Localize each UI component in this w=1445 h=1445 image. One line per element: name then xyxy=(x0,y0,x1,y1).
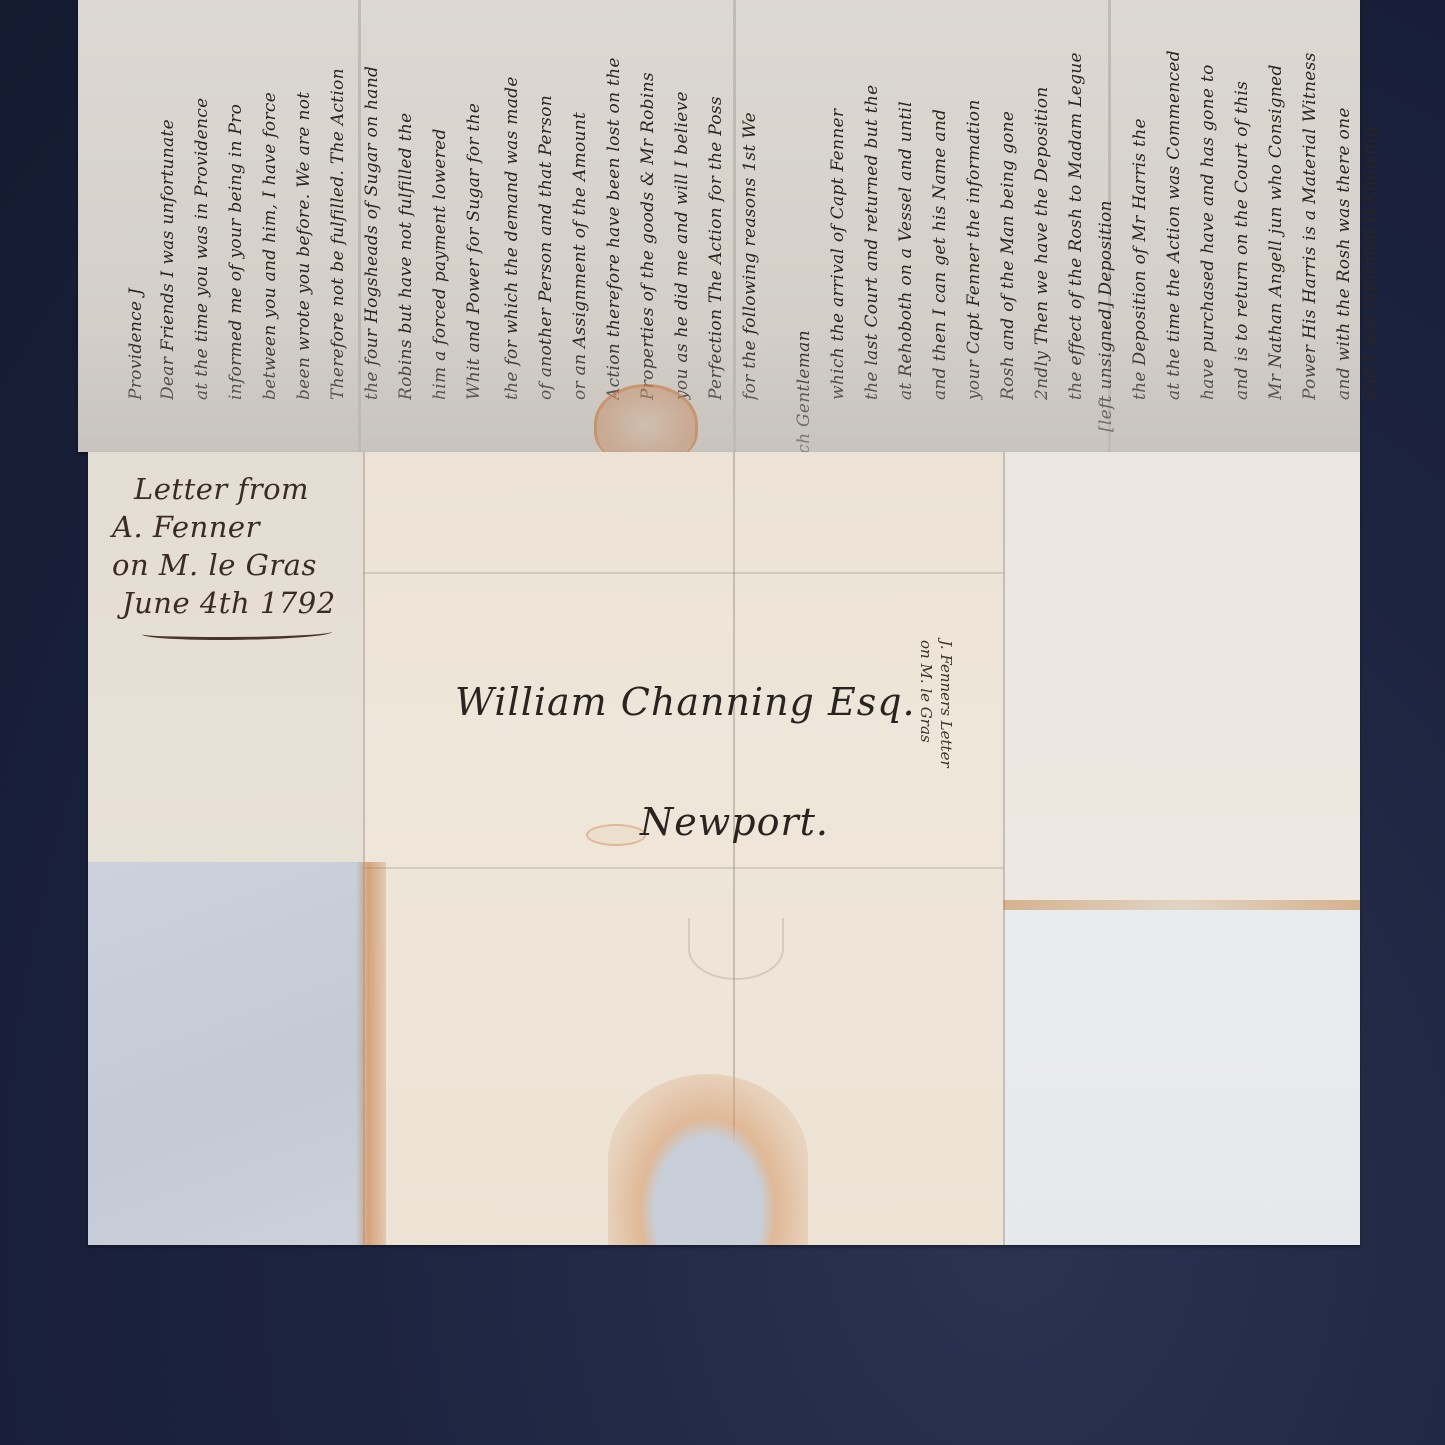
body-line: the for which the demand was made xyxy=(502,8,522,400)
docket-line: June 4th 1792 xyxy=(112,584,357,622)
body-line: of another Person and that Person xyxy=(536,8,556,400)
body-line: have purchased have and has gone to xyxy=(1198,8,1218,400)
left-lower-panel-tissue xyxy=(88,862,363,1245)
body-line: 2ndly Then we have the Deposition xyxy=(1032,8,1052,400)
body-line: the effect of the Rosh to Madam Legue xyxy=(1066,8,1086,400)
body-line: at Rehoboth on a Vessel and until xyxy=(896,8,916,400)
body-line: [left unsigned] Deposition xyxy=(1096,40,1116,432)
docket-flourish xyxy=(142,626,332,640)
docket-line: Letter from xyxy=(112,470,357,508)
body-line: Power His Harris is a Material Witness xyxy=(1300,8,1320,400)
right-panel xyxy=(1003,452,1360,902)
body-line: the last Court and returned but the xyxy=(862,8,882,400)
letter-body-text: Providence J Dear Friends I was unfortun… xyxy=(98,0,1360,400)
right-lower-panel xyxy=(1003,902,1360,1245)
docket-note: Letter from A. Fenner on M. le Gras June… xyxy=(112,470,357,650)
seal-impression xyxy=(688,918,784,980)
body-line: Action therefore have been lost on the xyxy=(604,8,624,400)
body-line: Whit and Power for Sugar for the xyxy=(464,8,484,400)
body-line: Perfection The Action for the Poss xyxy=(706,8,726,400)
water-stain xyxy=(608,1074,808,1245)
body-line: for the following reasons 1st We xyxy=(740,8,760,400)
fold-crease xyxy=(1003,452,1005,1245)
body-line: and I was informed is knowing xyxy=(1360,8,1380,400)
body-line: between you and him, I have force xyxy=(260,8,280,400)
body-line: Mr Nathan Angell jun who Consigned xyxy=(1266,8,1286,400)
vertical-annotation: J. Fenners Letter on M. le Gras xyxy=(905,640,975,850)
body-line: your Capt Fenner the information xyxy=(964,8,984,400)
body-line: the Deposition of Mr Harris the xyxy=(1130,8,1150,400)
recipient-name: William Channing Esq. xyxy=(455,680,916,724)
rust-stain-edge xyxy=(1003,900,1360,910)
letter-body-sheet: Providence J Dear Friends I was unfortun… xyxy=(78,0,1360,452)
recipient-city: Newport. xyxy=(640,800,829,844)
body-line: Robins but have not fulfilled the xyxy=(396,8,416,400)
body-line: and is to return on the Court of this xyxy=(1232,8,1252,400)
body-line: and then I can get his Name and xyxy=(930,8,950,400)
annotation-line: on M. le Gras xyxy=(917,640,935,743)
body-line: and with the Rosh was there one xyxy=(1334,8,1354,400)
docket-line: A. Fenner xyxy=(112,508,357,546)
body-line: at the time you was in Providence xyxy=(192,8,212,400)
body-line: or an Assignment of the Amount xyxy=(570,8,590,400)
body-line: Rosh and of the Man being gone xyxy=(998,8,1018,400)
body-line: which the arrival of Capt Fenner xyxy=(828,8,848,400)
body-line: Dear Friends I was unfortunate xyxy=(158,8,178,400)
body-line: him a forced payment lowered xyxy=(430,8,450,400)
body-line: informed me of your being in Pro xyxy=(226,8,246,400)
body-line: the four Hogsheads of Sugar on hand xyxy=(362,8,382,400)
body-line: at the time the Action was Commenced xyxy=(1164,8,1184,400)
address-block: William Channing Esq. Newport. xyxy=(455,680,915,880)
body-line: been wrote you before. We are not xyxy=(294,8,314,400)
body-line: Providence J xyxy=(126,8,146,400)
body-line: you as he did me and will I believe xyxy=(672,8,692,400)
body-line: Properties of the goods & Mr Robins xyxy=(638,8,658,400)
docket-line: on M. le Gras xyxy=(112,546,357,584)
annotation-line: J. Fenners Letter xyxy=(937,640,955,768)
fold-crease xyxy=(363,572,1003,574)
body-line: Therefore not be fulfilled. The Action xyxy=(328,8,348,400)
rust-stain-strip xyxy=(356,862,386,1245)
